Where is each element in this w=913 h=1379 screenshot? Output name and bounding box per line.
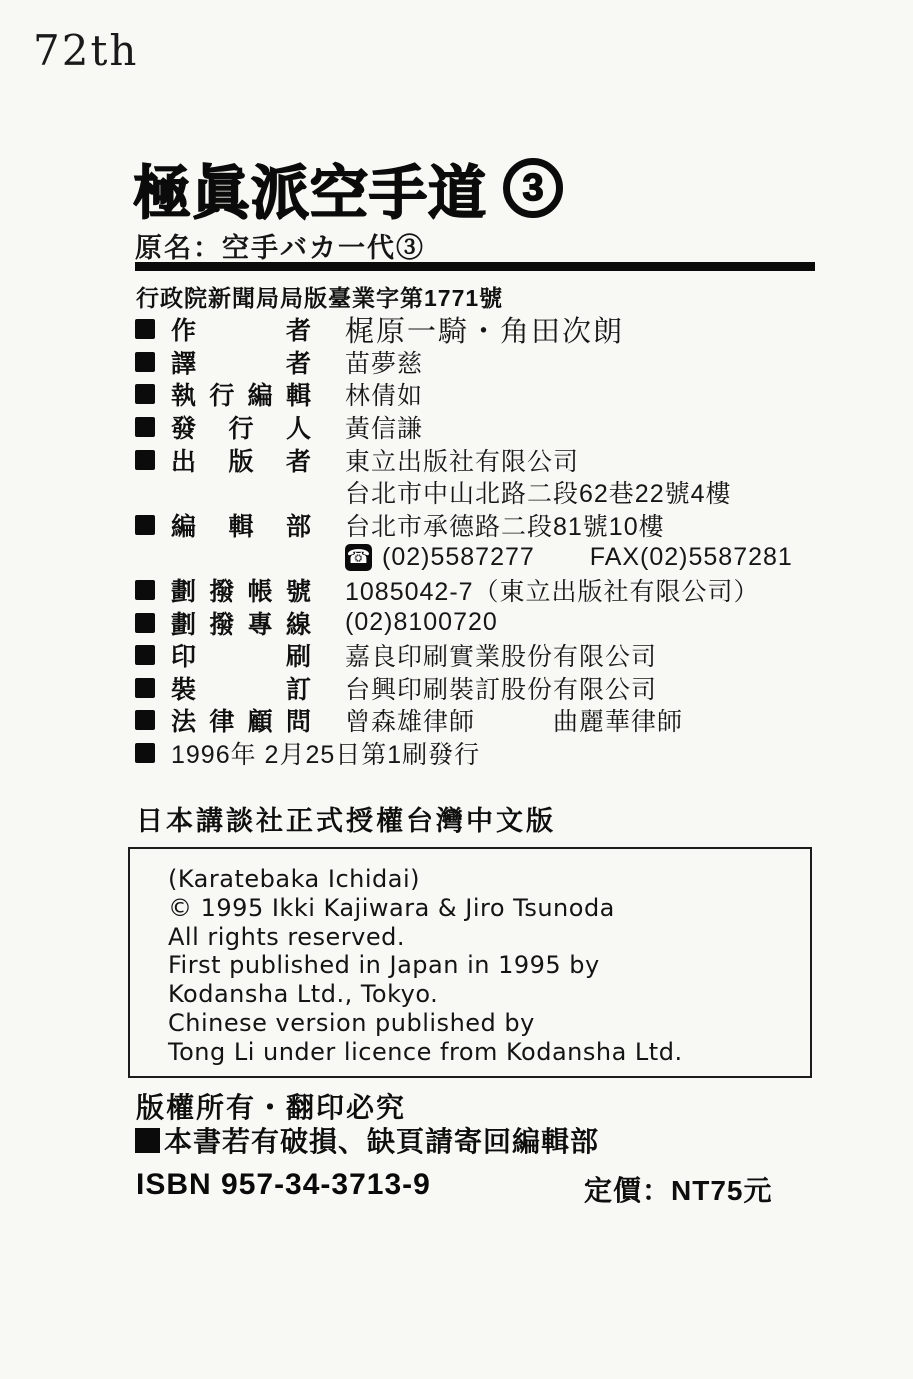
row-executive-editor: 執行編輯 林倩如 [135,378,835,411]
copyright-line: (Karatebaka Ichidai) [168,865,800,894]
return-notice-text: 本書若有破損、缺頁請寄回編輯部 [164,1120,599,1160]
isbn-price-row: ISBN 957-34-3713-9 定價：NT75元 [136,1168,816,1208]
bullet-square [135,678,155,698]
copyright-line: © 1995 Ikki Kajiwara & Jiro Tsunoda [168,894,800,923]
row-phone-fax: ☎ (02)5587277 FAX(02)5587281 [135,541,835,574]
row-translator: 譯者 苗夢慈 [135,346,835,379]
row-value: (02)8100720 [345,608,498,637]
bullet-square [135,743,155,763]
row-value: 1085042-7（東立出版社有限公司） [345,572,760,608]
row-author: 作者 梶原一騎・角田次朗 [135,313,835,346]
row-label: 裝訂 [171,670,311,706]
bullet-square [135,384,155,404]
isbn-number: ISBN 957-34-3713-9 [136,1168,431,1201]
row-value: 苗夢慈 [345,344,423,380]
row-value: 台興印刷裝訂股份有限公司 [345,670,657,706]
row-value: 黃信謙 [345,409,423,445]
bullet-square [135,450,155,470]
row-printing: 印刷 嘉良印刷實業股份有限公司 [135,639,835,672]
colophon-table: 作者 梶原一騎・角田次朗 譯者 苗夢慈 執行編輯 林倩如 發行人 黃信謙 出版者… [135,313,835,769]
row-label: 發行人 [171,409,311,445]
authorization-line: 日本講談社正式授權台灣中文版 [136,799,556,838]
bullet-square [135,580,155,600]
phone-icon: ☎ [345,544,372,571]
row-binding: 裝訂 台興印刷裝訂股份有限公司 [135,672,835,705]
row-label: 作者 [171,311,311,347]
row-value: 曾森雄律師 [345,702,475,738]
row-value: 嘉良印刷實業股份有限公司 [345,637,657,673]
row-label: 執行編輯 [171,376,311,412]
bullet-square [135,645,155,665]
row-publisher-address: 台北市中山北路二段62巷22號4樓 [135,476,835,509]
copyright-box: (Karatebaka Ichidai) © 1995 Ikki Kajiwar… [128,847,812,1078]
row-value: 台北市中山北路二段62巷22號4樓 [345,474,732,510]
row-value-fax: FAX(02)5587281 [590,543,793,572]
row-label: 編輯部 [171,507,311,543]
copyright-line: All rights reserved. [168,923,800,952]
bullet-square [135,417,155,437]
bullet-square [135,613,155,633]
row-value-phone: (02)5587277 [382,543,535,572]
bullet-square [135,710,155,730]
copyright-line: First published in Japan in 1995 by [168,951,800,980]
copyright-line: Tong Li under licence from Kodansha Ltd. [168,1038,800,1067]
row-label: 法律顧問 [171,702,311,738]
row-postal-hotline: 劃撥專線 (02)8100720 [135,606,835,639]
row-value: 東立出版社有限公司 [345,442,579,478]
copyright-line: Kodansha Ltd., Tokyo. [168,980,800,1009]
bullet-square [135,319,155,339]
volume-badge: 3 [503,158,563,218]
row-publisher-person: 發行人 黃信謙 [135,411,835,444]
row-editorial-dept: 編輯部 台北市承德路二段81號10樓 [135,509,835,542]
copyright-line: Chinese version published by [168,1009,800,1038]
row-print-date: 1996年 2月25日第1刷發行 [135,737,835,770]
row-value-second: 曲麗華律師 [553,702,683,738]
row-label: 劃撥帳號 [171,572,311,608]
row-value: 1996年 2月25日第1刷發行 [171,735,480,771]
bullet-square [135,352,155,372]
row-postal-account: 劃撥帳號 1085042-7（東立出版社有限公司） [135,574,835,607]
edition-label: 72th [33,26,138,75]
row-label: 譯者 [171,344,311,380]
row-label: 出版者 [171,442,311,478]
row-label: 劃撥專線 [171,605,311,641]
price-label: 定價：NT75元 [584,1169,772,1209]
original-title: 原名：空手バカ一代③ [135,226,425,265]
bullet-square [135,1128,160,1153]
bullet-square [135,515,155,535]
book-title-row: 極眞派空手道 3 [133,150,563,226]
row-label: 印刷 [171,637,311,673]
row-value: 林倩如 [345,376,423,412]
row-publishing-house: 出版者 東立出版社有限公司 [135,443,835,476]
row-legal-advisors: 法律顧問 曾森雄律師 曲麗華律師 [135,704,835,737]
return-notice-row: 本書若有破損、缺頁請寄回編輯部 [135,1120,599,1160]
divider-bar [135,262,815,271]
row-value: 台北市承德路二段81號10樓 [345,507,665,543]
book-title: 極眞派空手道 [133,146,487,230]
